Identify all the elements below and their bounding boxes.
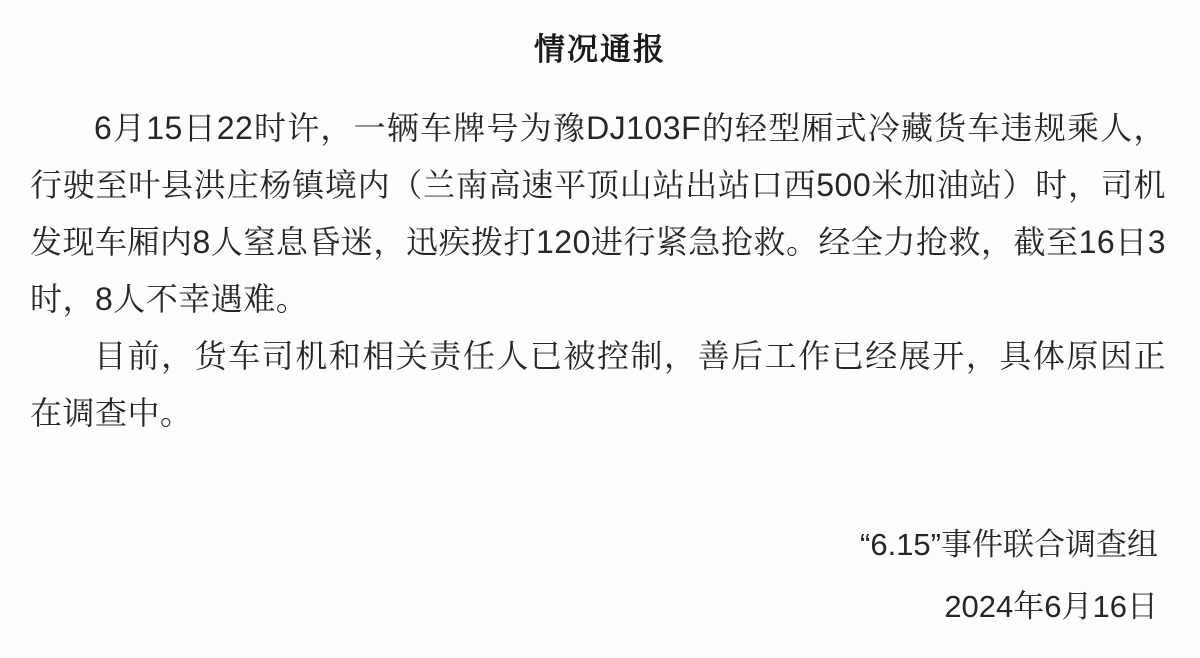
notice-paragraph-2: 目前，货车司机和相关责任人已被控制，善后工作已经展开，具体原因正在调查中。 xyxy=(30,328,1166,442)
notice-body: 6月15日22时许，一辆车牌号为豫DJ103F的轻型厢式冷藏货车违规乘人，行驶至… xyxy=(30,100,1166,442)
notice-date: 2024年6月16日 xyxy=(0,576,1158,638)
notice-title: 情况通报 xyxy=(0,0,1200,70)
notice-signature: “6.15”事件联合调查组 xyxy=(0,514,1158,576)
notice-document: 情况通报 6月15日22时许，一辆车牌号为豫DJ103F的轻型厢式冷藏货车违规乘… xyxy=(0,0,1200,658)
notice-sign-block: “6.15”事件联合调查组 2024年6月16日 xyxy=(0,514,1200,638)
notice-paragraph-1: 6月15日22时许，一辆车牌号为豫DJ103F的轻型厢式冷藏货车违规乘人，行驶至… xyxy=(30,100,1166,328)
